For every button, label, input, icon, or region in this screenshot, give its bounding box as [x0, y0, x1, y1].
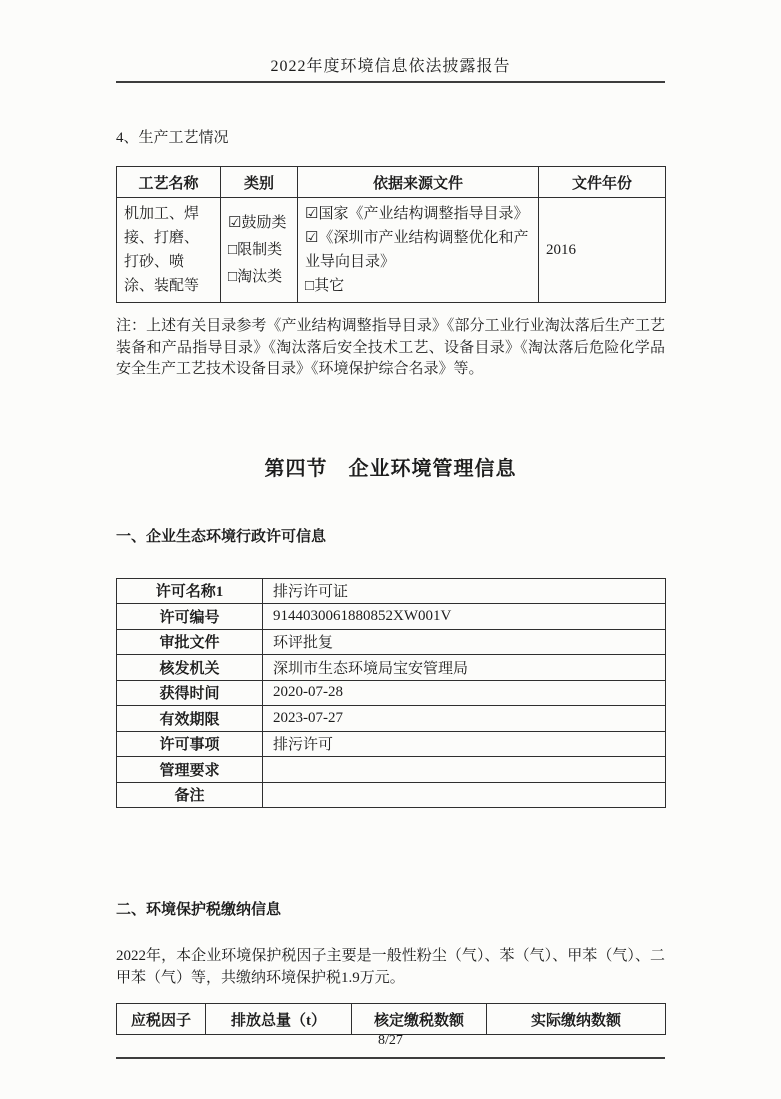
source-document-label: 《深圳市产业结构调整优化和产业导向目录》: [305, 230, 528, 270]
checkbox-checked-icon: ☑: [305, 230, 318, 246]
table-row: 许可名称1 排污许可证: [117, 578, 666, 604]
document-page: 2022年度环境信息依法披露报告 4、生产工艺情况 工艺名称 类别 依据来源文件…: [0, 0, 781, 1099]
column-header-process-name: 工艺名称: [117, 167, 221, 198]
column-header-paid-amount: 实际缴纳数额: [487, 1004, 666, 1035]
process-section-heading: 4、生产工艺情况: [116, 127, 665, 149]
table-row: 许可事项 排污许可: [117, 731, 666, 757]
source-document-option: □其它: [305, 274, 531, 298]
process-table-header-row: 工艺名称 类别 依据来源文件 文件年份: [117, 167, 666, 198]
column-header-tax-factor: 应税因子: [117, 1004, 206, 1035]
checkbox-unchecked-icon: □: [228, 242, 237, 258]
checkbox-unchecked-icon: □: [305, 278, 314, 294]
permit-row-label: 许可名称1: [117, 578, 263, 604]
table-row: 备注: [117, 782, 666, 808]
process-table: 工艺名称 类别 依据来源文件 文件年份 机加工、焊接、打磨、打砂、喷涂、装配等 …: [116, 166, 666, 303]
chapter-title: 第四节 企业环境管理信息: [116, 457, 665, 481]
source-document-option: ☑《深圳市产业结构调整优化和产业导向目录》: [305, 226, 531, 274]
table-row: 许可编号 9144030061880852XW001V: [117, 604, 666, 630]
page-number: 8/27: [116, 1031, 665, 1051]
permit-row-value: 2023-07-27: [263, 706, 666, 732]
permit-row-label: 审批文件: [117, 629, 263, 655]
checkbox-checked-icon: ☑: [305, 206, 318, 222]
process-table-row: 机加工、焊接、打磨、打砂、喷涂、装配等 ☑鼓励类 □限制类 □淘汰类 ☑国家《产…: [117, 198, 666, 303]
permit-row-value: 排污许可证: [263, 578, 666, 604]
column-header-source-file: 依据来源文件: [298, 167, 539, 198]
permit-table: 许可名称1 排污许可证 许可编号 9144030061880852XW001V …: [116, 578, 666, 809]
column-header-assessed-amount: 核定缴税数额: [352, 1004, 487, 1035]
process-name-cell: 机加工、焊接、打磨、打砂、喷涂、装配等: [117, 198, 221, 303]
category-option-label: 淘汰类: [237, 269, 282, 285]
checkbox-unchecked-icon: □: [228, 269, 237, 285]
table-row: 审批文件 环评批复: [117, 629, 666, 655]
permit-row-value: 9144030061880852XW001V: [263, 604, 666, 630]
permit-row-label: 有效期限: [117, 706, 263, 732]
category-option-label: 鼓励类: [241, 215, 286, 231]
table-row: 管理要求: [117, 757, 666, 783]
process-note: 注：上述有关目录参考《产业结构调整指导目录》《部分工业行业淘汰落后生产工艺装备和…: [116, 316, 665, 381]
category-cell: ☑鼓励类 □限制类 □淘汰类: [221, 198, 298, 303]
tax-section-heading: 二、环境保护税缴纳信息: [116, 899, 665, 921]
permit-row-label: 获得时间: [117, 680, 263, 706]
permit-row-value: [263, 782, 666, 808]
tax-paragraph: 2022年，本企业环境保护税因子主要是一般性粉尘（气）、苯（气）、甲苯（气）、二…: [116, 946, 665, 989]
page-footer: 8/27: [116, 1031, 665, 1059]
tax-table-header-row: 应税因子 排放总量（t） 核定缴税数额 实际缴纳数额: [117, 1004, 666, 1035]
permit-row-label: 核发机关: [117, 655, 263, 681]
category-option: □限制类: [228, 237, 290, 264]
permit-row-value: 排污许可: [263, 731, 666, 757]
source-document-option: ☑国家《产业结构调整指导目录》: [305, 202, 531, 226]
report-title: 2022年度环境信息依法披露报告: [116, 57, 665, 81]
category-option-label: 限制类: [237, 242, 282, 258]
file-year-cell: 2016: [539, 198, 666, 303]
permit-row-label: 许可编号: [117, 604, 263, 630]
permit-row-value: 环评批复: [263, 629, 666, 655]
permit-row-label: 许可事项: [117, 731, 263, 757]
table-row: 核发机关 深圳市生态环境局宝安管理局: [117, 655, 666, 681]
category-option: □淘汰类: [228, 264, 290, 291]
permit-row-label: 备注: [117, 782, 263, 808]
source-document-label: 国家《产业结构调整指导目录》: [318, 206, 528, 222]
page-header: 2022年度环境信息依法披露报告: [116, 0, 665, 83]
column-header-emission-total: 排放总量（t）: [206, 1004, 352, 1035]
table-row: 有效期限 2023-07-27: [117, 706, 666, 732]
permit-row-label: 管理要求: [117, 757, 263, 783]
permit-section-heading: 一、企业生态环境行政许可信息: [116, 526, 665, 548]
source-documents-cell: ☑国家《产业结构调整指导目录》 ☑《深圳市产业结构调整优化和产业导向目录》 □其…: [298, 198, 539, 303]
permit-row-value: [263, 757, 666, 783]
category-option: ☑鼓励类: [228, 210, 290, 237]
permit-row-value: 2020-07-28: [263, 680, 666, 706]
column-header-category: 类别: [221, 167, 298, 198]
column-header-file-year: 文件年份: [539, 167, 666, 198]
permit-row-value: 深圳市生态环境局宝安管理局: [263, 655, 666, 681]
source-document-label: 其它: [314, 278, 344, 294]
checkbox-checked-icon: ☑: [228, 215, 241, 231]
table-row: 获得时间 2020-07-28: [117, 680, 666, 706]
